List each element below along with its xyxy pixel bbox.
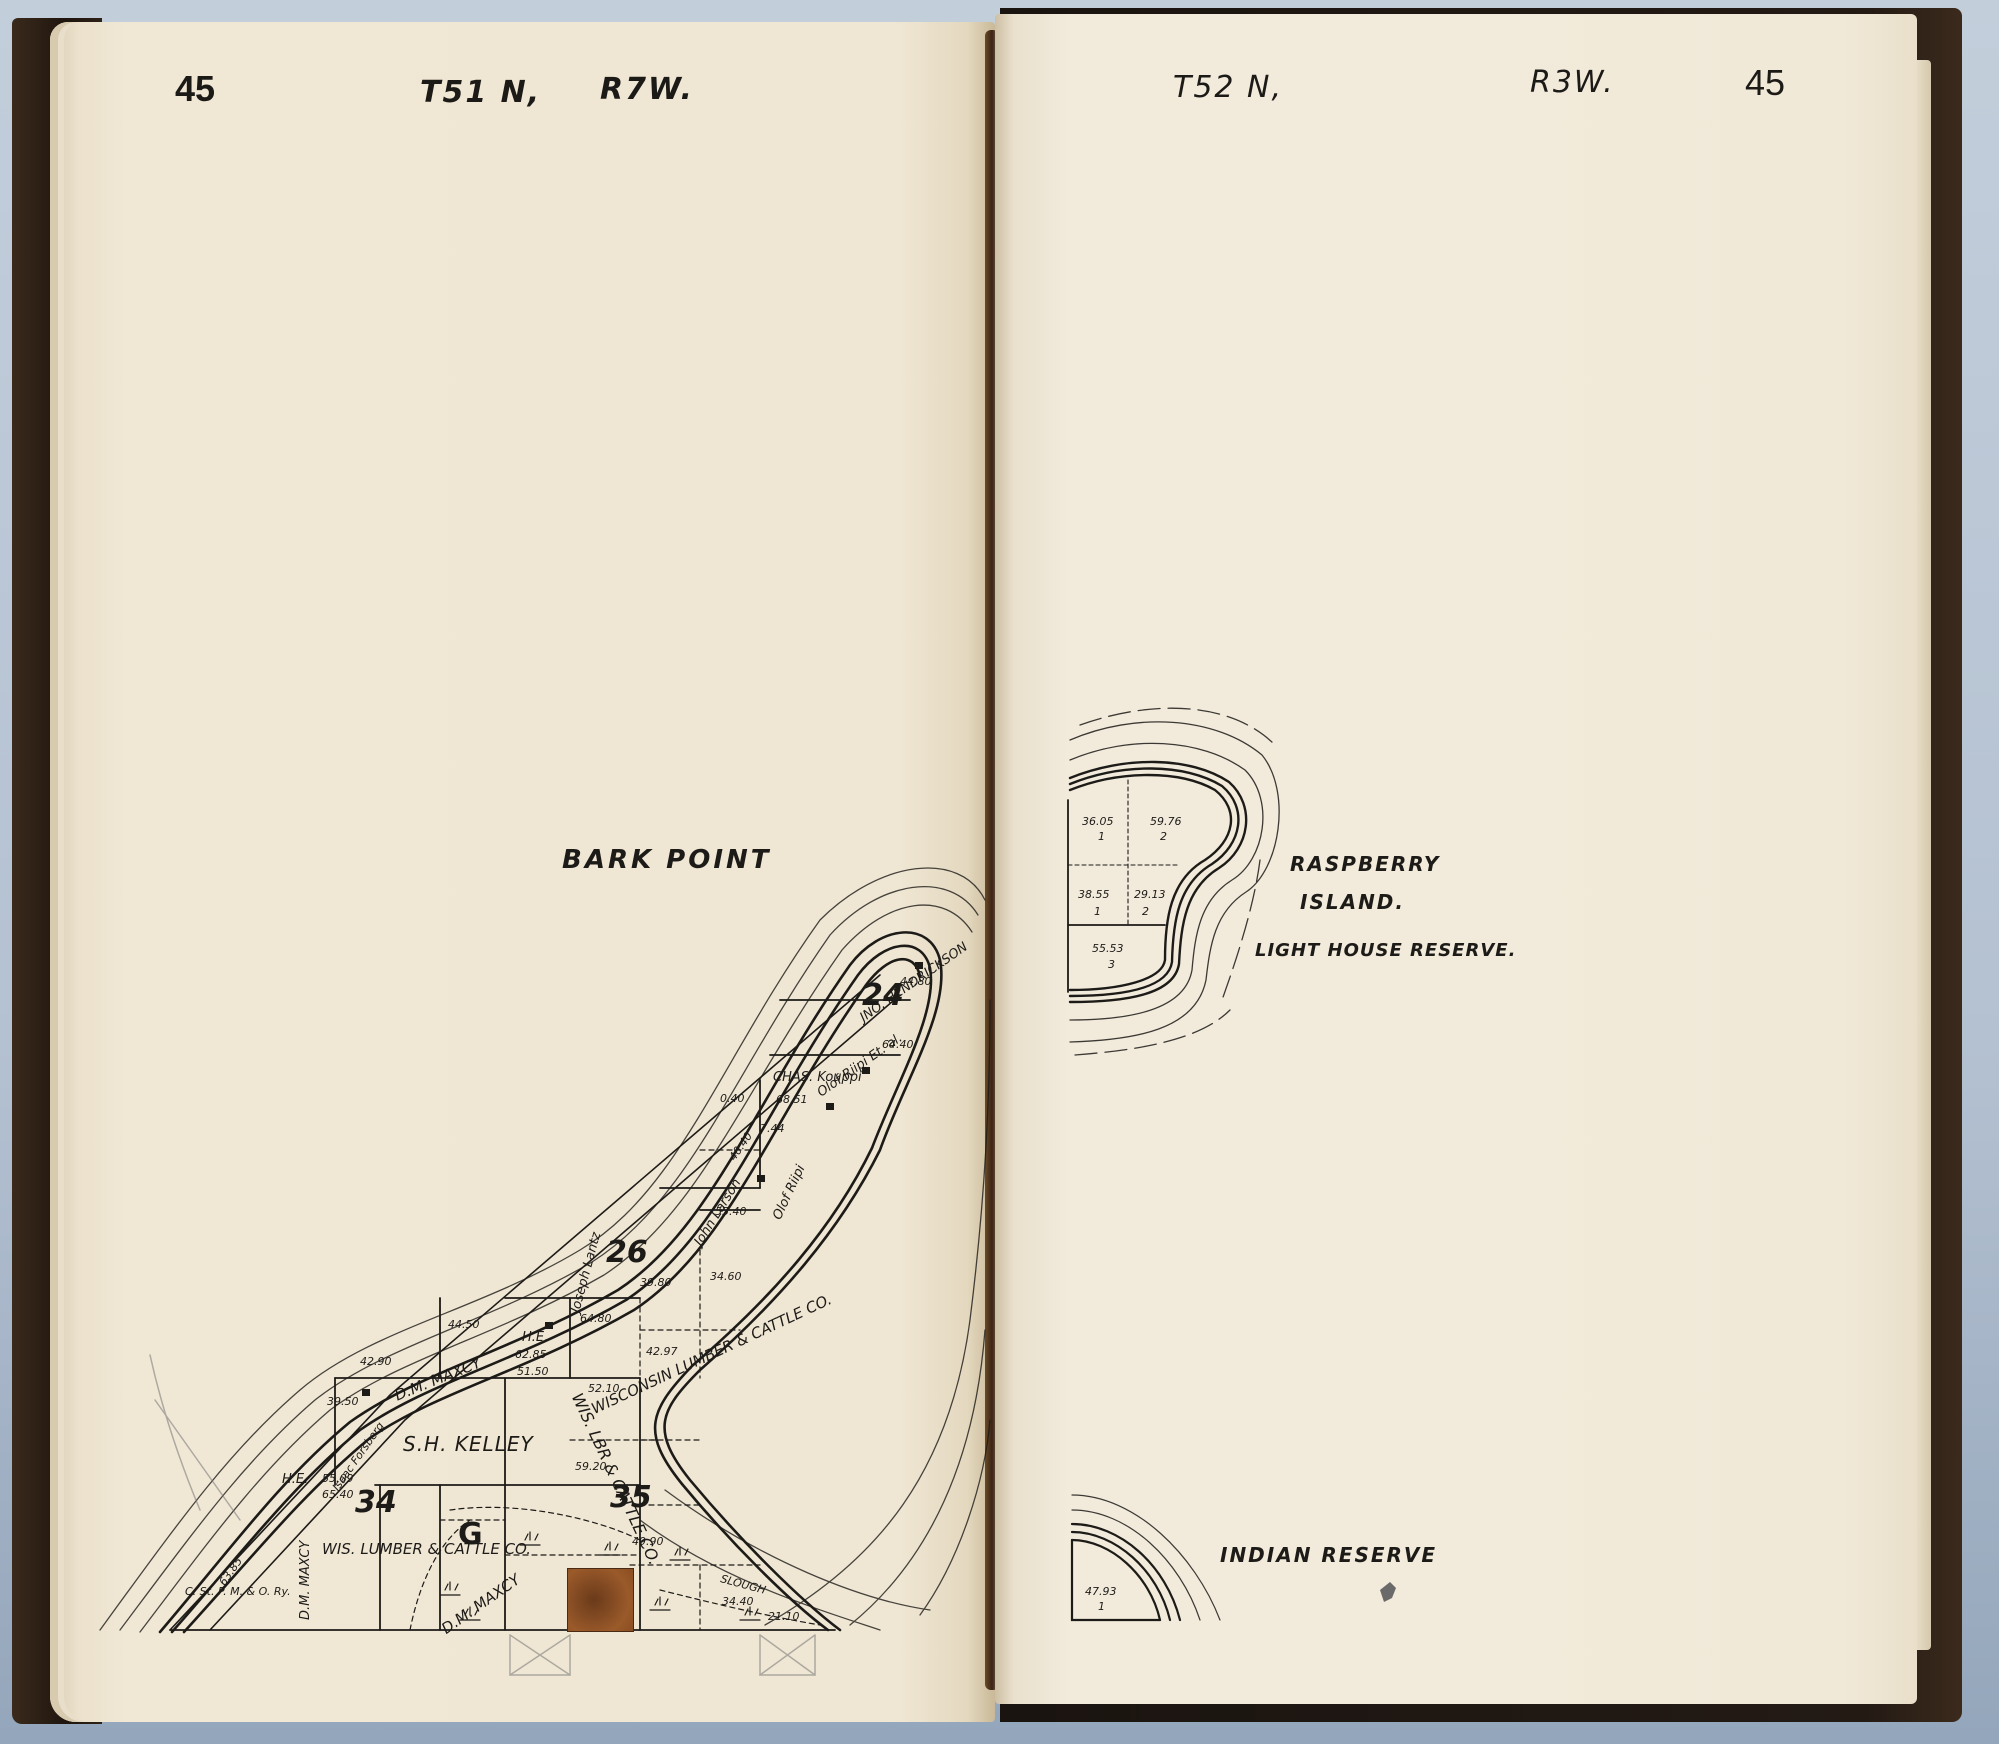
acres-wlbr-3: 49.90 [632,1535,664,1548]
indian-reserve-lot-number: 1 [1098,1600,1105,1613]
acres-wlbr-2: 59.20 [575,1460,607,1473]
acres-hendrickson: 44.80 [900,975,932,988]
acres-riipi-2: 7.44 [760,1122,785,1135]
indian-reserve-lot-acres: 47.93 [1085,1585,1117,1598]
island-lot-3-acres: 38.55 [1078,888,1110,901]
acres-wlbr-5: 21.10 [768,1610,800,1623]
right-page-number: 45 [1745,62,1785,104]
lighthouse-reserve-label: LIGHT HOUSE RESERVE. [1255,940,1516,961]
island-lot-5-acres: 55.53 [1092,942,1124,955]
island-lot-3-number: 1 [1094,905,1101,918]
left-range: R7W. [600,72,694,107]
island-lot-1-number: 1 [1098,830,1105,843]
acres-wlc-4: 42.97 [646,1345,678,1358]
owner-he-1: H.E. [522,1330,548,1345]
acres-wlc-2: 39.80 [640,1276,672,1289]
left-township: T51 N, [420,75,541,110]
acres-forsberg: 39.50 [327,1395,359,1408]
owner-kouppi: CHAS. Kouppi [773,1070,862,1085]
section-34: 34 [355,1485,397,1520]
acres-wlbr-1: 52.10 [588,1382,620,1395]
acres-wlc-3: 34.60 [710,1270,742,1283]
owner-maxcy-3: D.M. MAXCY [298,1541,313,1620]
acres-kouppi: 68.51 [776,1093,808,1106]
owner-he-2: H.E. [282,1472,308,1487]
island-lot-4-number: 2 [1142,905,1149,918]
island-label: ISLAND. [1300,890,1405,914]
island-lot-2-acres: 59.76 [1150,815,1182,828]
acres-wlc-1: 64.80 [580,1312,612,1325]
stamp-mark [567,1568,634,1632]
owner-kelley: S.H. KELLEY [403,1432,534,1456]
indian-reserve-label: INDIAN RESERVE [1220,1543,1437,1567]
acres-he-1b: 51.50 [517,1365,549,1378]
left-page-number: 45 [175,68,215,110]
right-range: R3W. [1530,65,1615,100]
island-lot-1-acres: 36.05 [1082,815,1114,828]
section-26: 26 [606,1235,648,1270]
acres-he-1a: 62.85 [515,1348,547,1361]
right-township: T52 N, [1173,70,1283,105]
acres-5540: 55.40 [715,1205,747,1218]
bark-point-label: BARK POINT [562,845,772,875]
acres-riipi: 64.40 [882,1038,914,1051]
owner-railway: C. St. P. M. & O. Ry. [185,1585,291,1598]
owner-wis-lumber-34: WIS. LUMBER & CATTLE CO. [322,1540,531,1558]
acres-wlbr-4: 34.40 [722,1595,754,1608]
acres-maxcy-2: 44.50 [448,1318,480,1331]
island-lot-4-acres: 29.13 [1134,888,1166,901]
raspberry-label: RASPBERRY [1290,852,1440,876]
island-lot-2-number: 2 [1160,830,1167,843]
acres-maxcy-1: 42.90 [360,1355,392,1368]
island-lot-5-number: 3 [1108,958,1115,971]
acres-he-2a: 55.09 [322,1472,354,1485]
acres-0-40: 0.40 [720,1092,745,1105]
acres-he-2b: 65.40 [322,1488,354,1501]
